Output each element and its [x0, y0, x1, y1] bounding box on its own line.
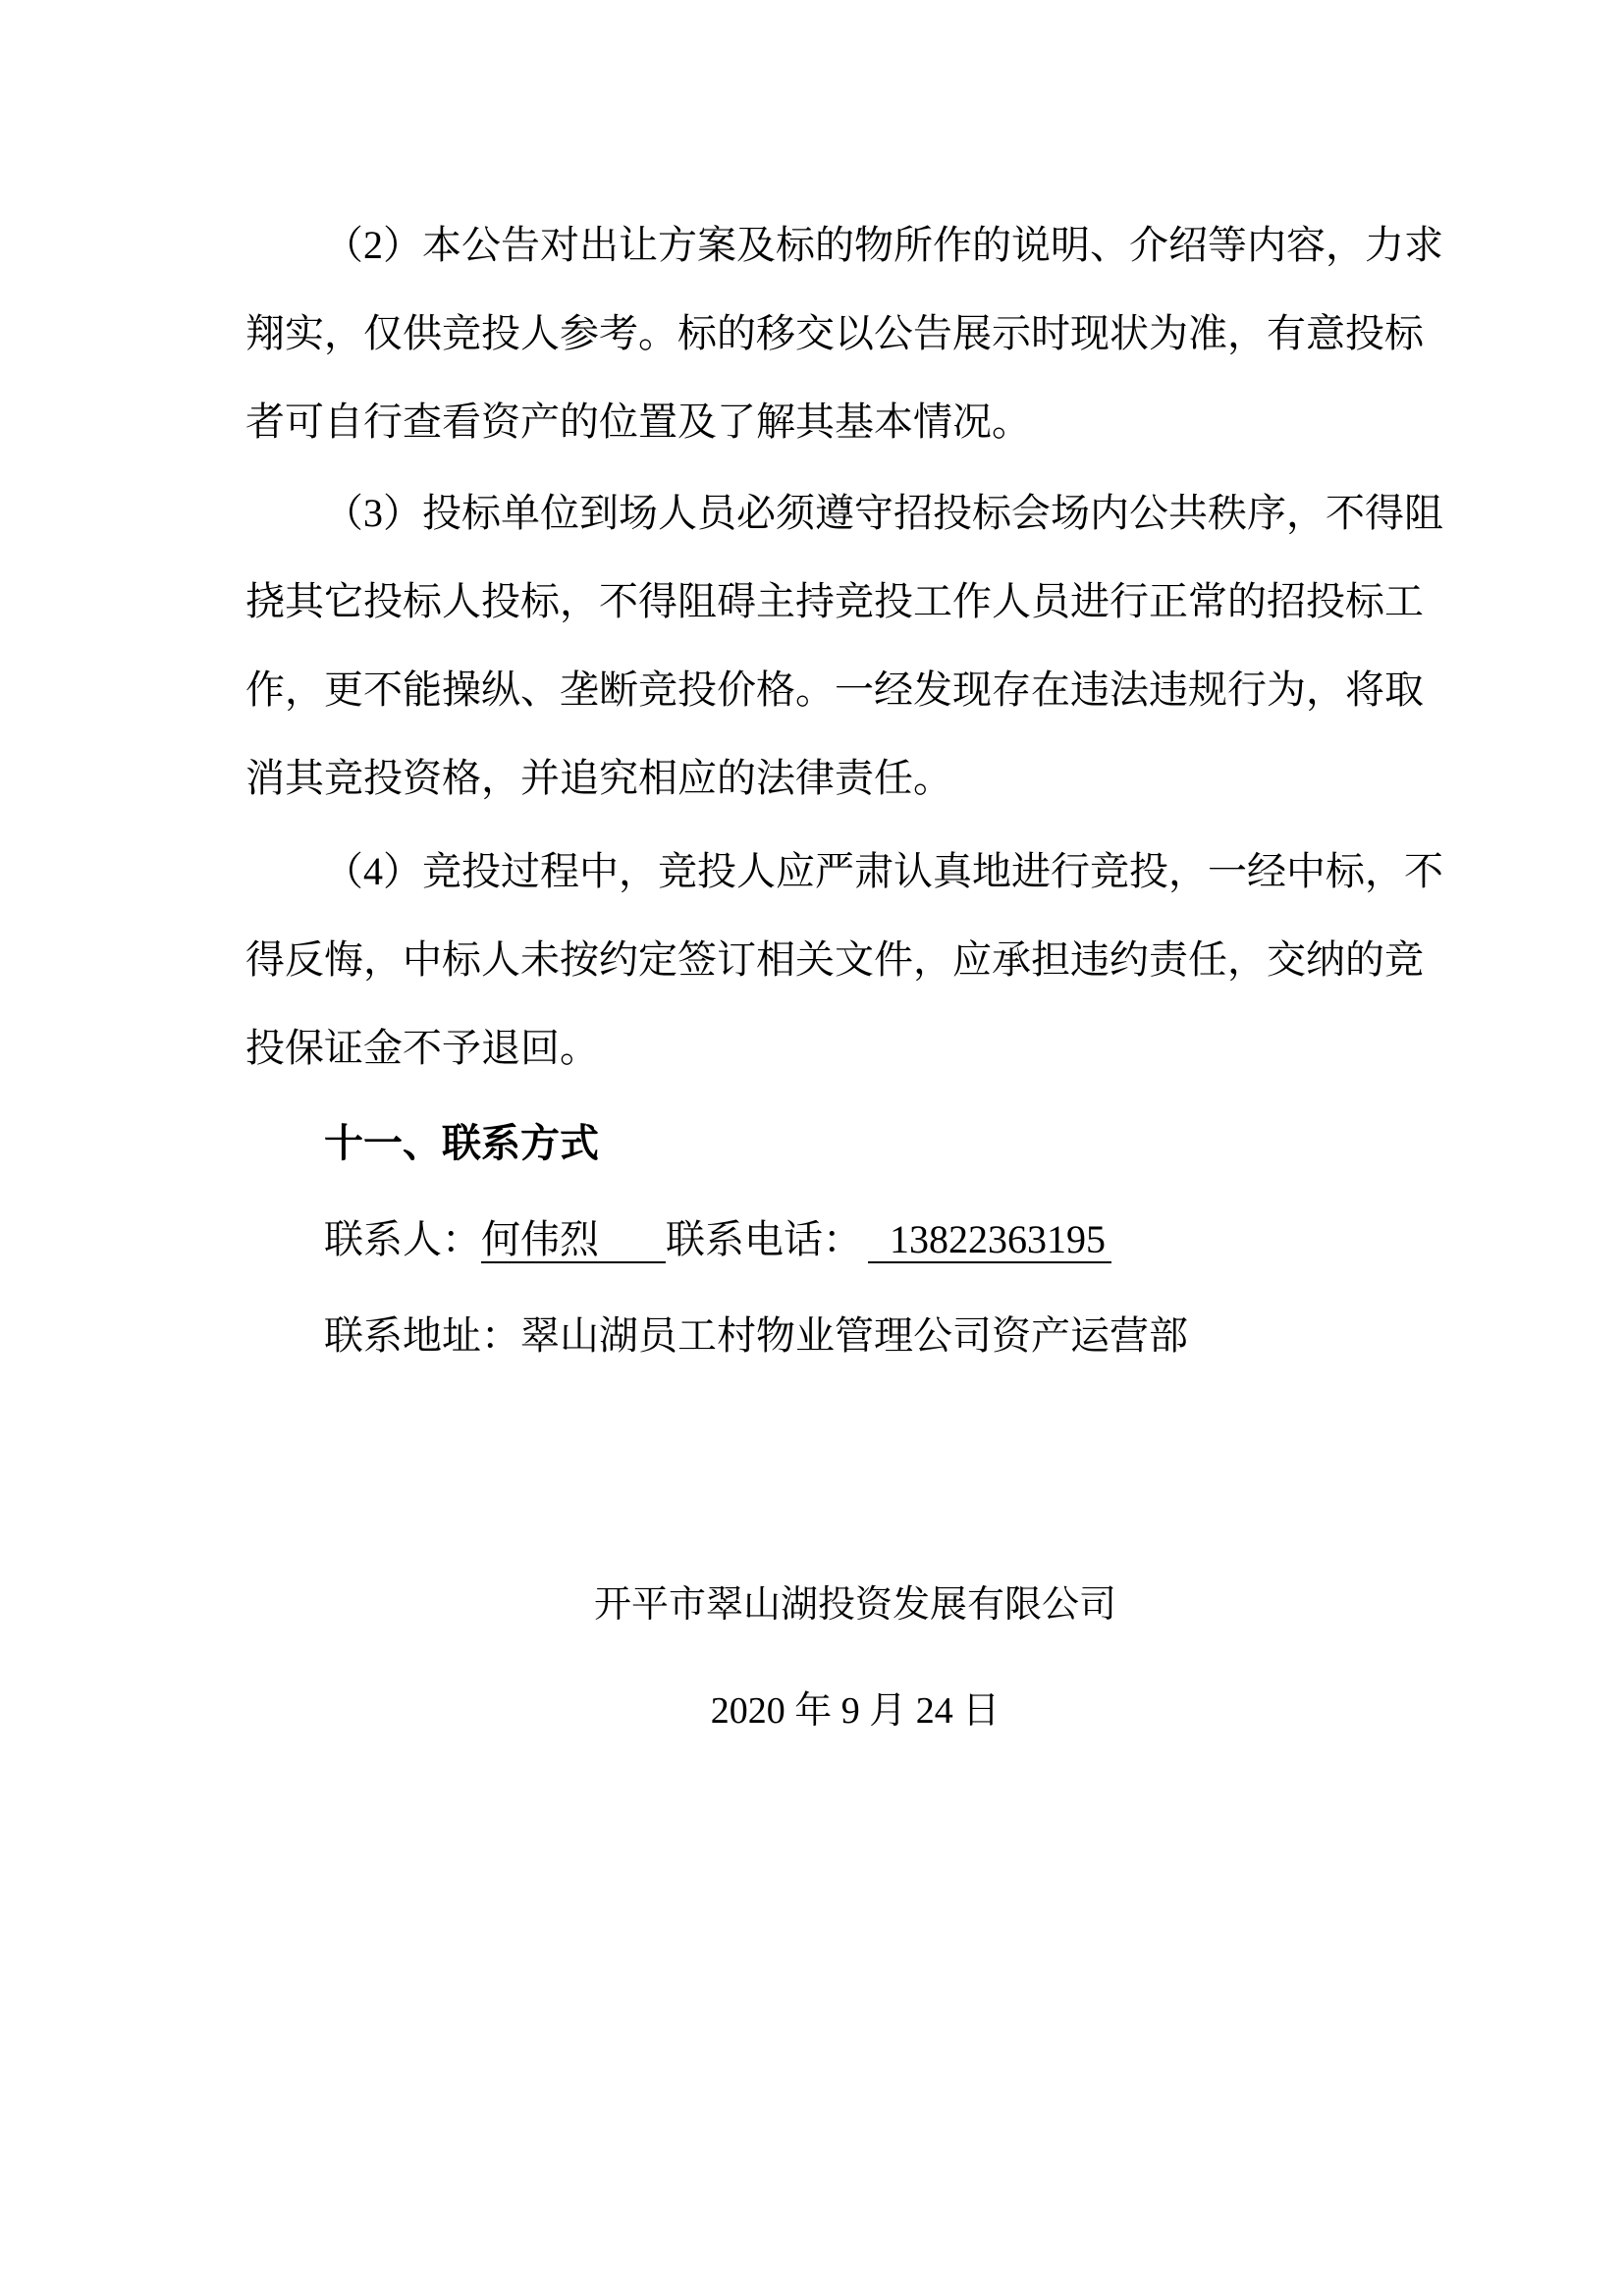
section-heading: 十一、联系方式	[245, 1099, 1379, 1188]
signature-block: 开平市翠山湖投资发展有限公司 2020 年 9 月 24 日	[289, 1561, 1422, 1755]
paragraph-line: （2）本公告对出让方案及标的物所作的说明、介绍等内容，力求	[245, 201, 1379, 290]
paragraph-line: 挠其它投标人投标，不得阻碍主持竞投工作人员进行正常的招投标工	[245, 558, 1379, 646]
paragraph-line: 作，更不能操纵、垄断竞投价格。一经发现存在违法违规行为，将取	[245, 646, 1379, 734]
contact-person-value: 何伟烈	[481, 1217, 666, 1263]
contact-phone-value: 13822363195	[868, 1217, 1111, 1263]
contact-line: 联系人：何伟烈联系电话：13822363195	[245, 1196, 1379, 1284]
paragraph-line: （3）投标单位到场人员必须遵守招投标会场内公共秩序，不得阻	[245, 469, 1379, 558]
document-page: （2）本公告对出让方案及标的物所作的说明、介绍等内容，力求 翔实，仅供竞投人参考…	[0, 0, 1624, 2296]
contact-address-value: 翠山湖员工村物业管理公司资产运营部	[520, 1313, 1188, 1358]
paragraph-line: 得反悔，中标人未按约定签订相关文件，应承担违约责任，交纳的竞	[245, 916, 1379, 1004]
paragraph-line: 消其竞投资格，并追究相应的法律责任。	[245, 734, 1379, 823]
signature-date: 2020 年 9 月 24 日	[289, 1667, 1422, 1755]
paragraph-line: （4）竞投过程中，竞投人应严肃认真地进行竞投，一经中标，不	[245, 828, 1379, 916]
paragraph-line: 者可自行查看资产的位置及了解其基本情况。	[245, 378, 1379, 466]
contact-address-label: 联系地址：	[324, 1313, 520, 1358]
paragraph-line: 翔实，仅供竞投人参考。标的移交以公告展示时现状为准，有意投标	[245, 290, 1379, 378]
signature-company: 开平市翠山湖投资发展有限公司	[289, 1561, 1422, 1649]
contact-person-label: 联系人：	[324, 1217, 481, 1261]
contact-phone-label: 联系电话：	[666, 1217, 862, 1261]
contact-address-line: 联系地址：翠山湖员工村物业管理公司资产运营部	[245, 1292, 1379, 1380]
paragraph-line: 投保证金不予退回。	[245, 1004, 1379, 1093]
